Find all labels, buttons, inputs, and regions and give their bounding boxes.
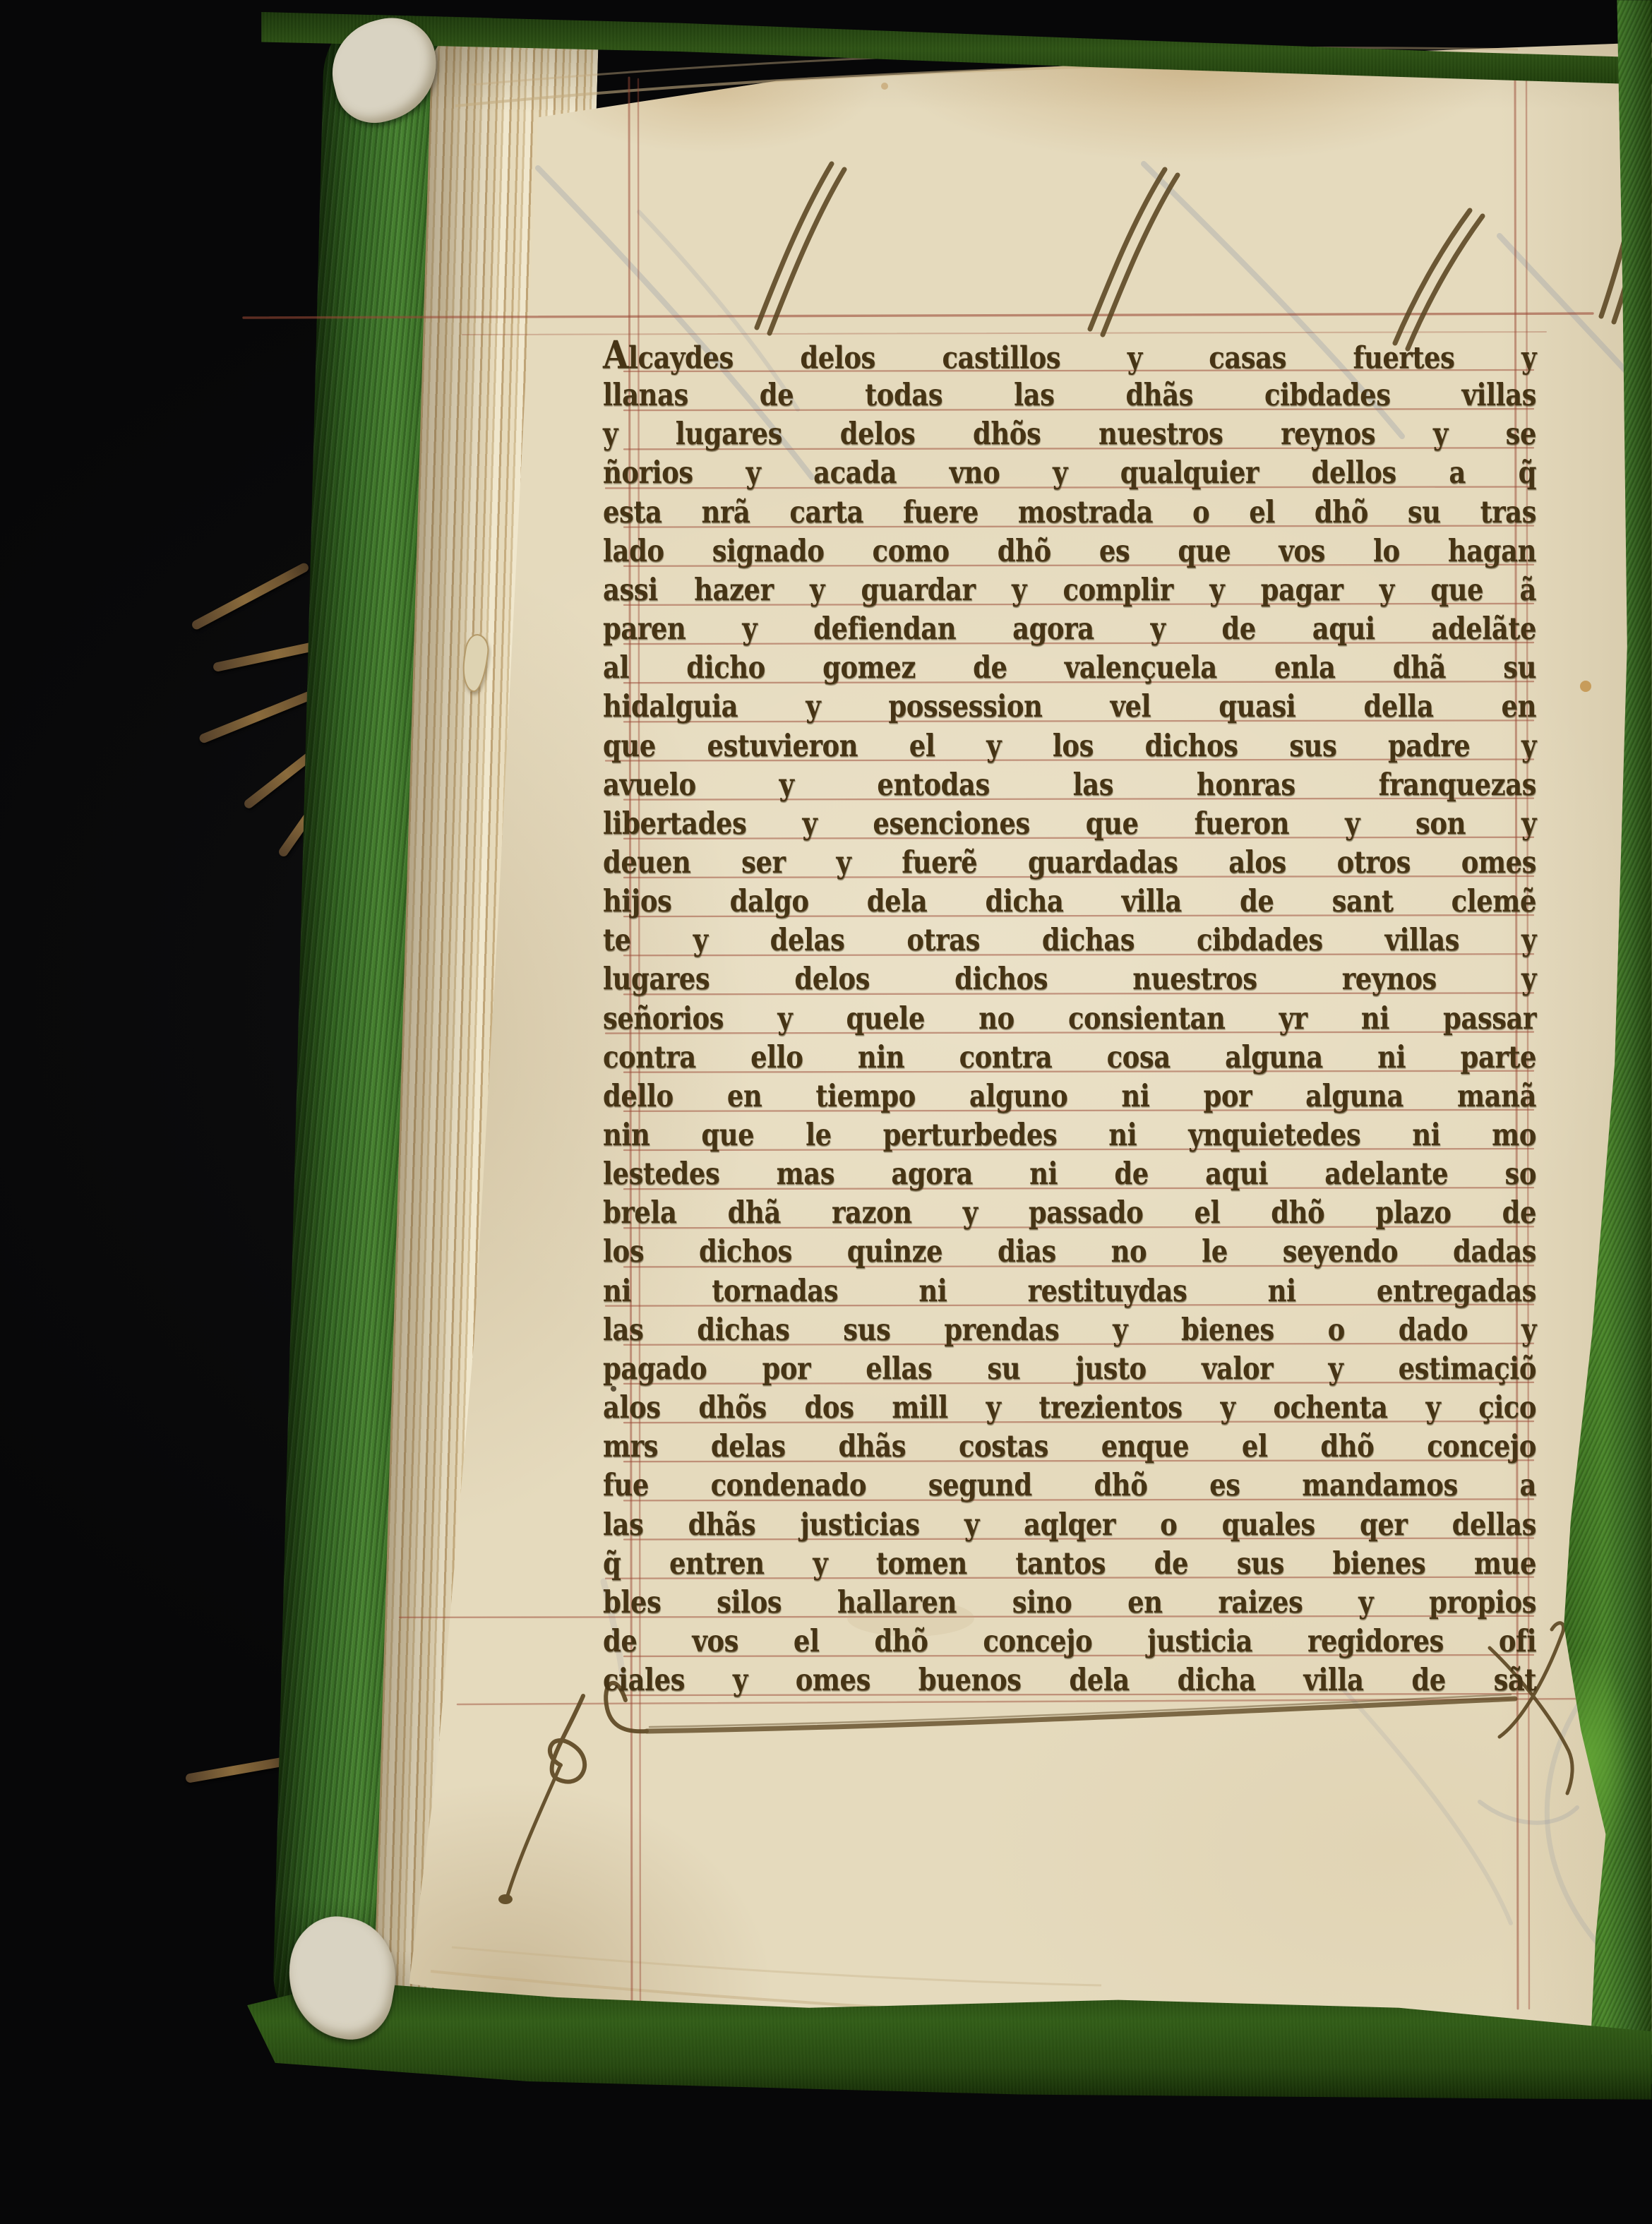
manuscript-text-block: Alcaydes delos castillos y casas fuertes… (603, 335, 1536, 1708)
pen-flourish-top (757, 153, 1652, 349)
manuscript-text-line: ciales y omes buenos dela dicha villa de… (603, 1658, 1536, 1704)
photographed-manuscript-opening: Alcaydes delos castillos y casas fuertes… (0, 0, 1652, 2224)
